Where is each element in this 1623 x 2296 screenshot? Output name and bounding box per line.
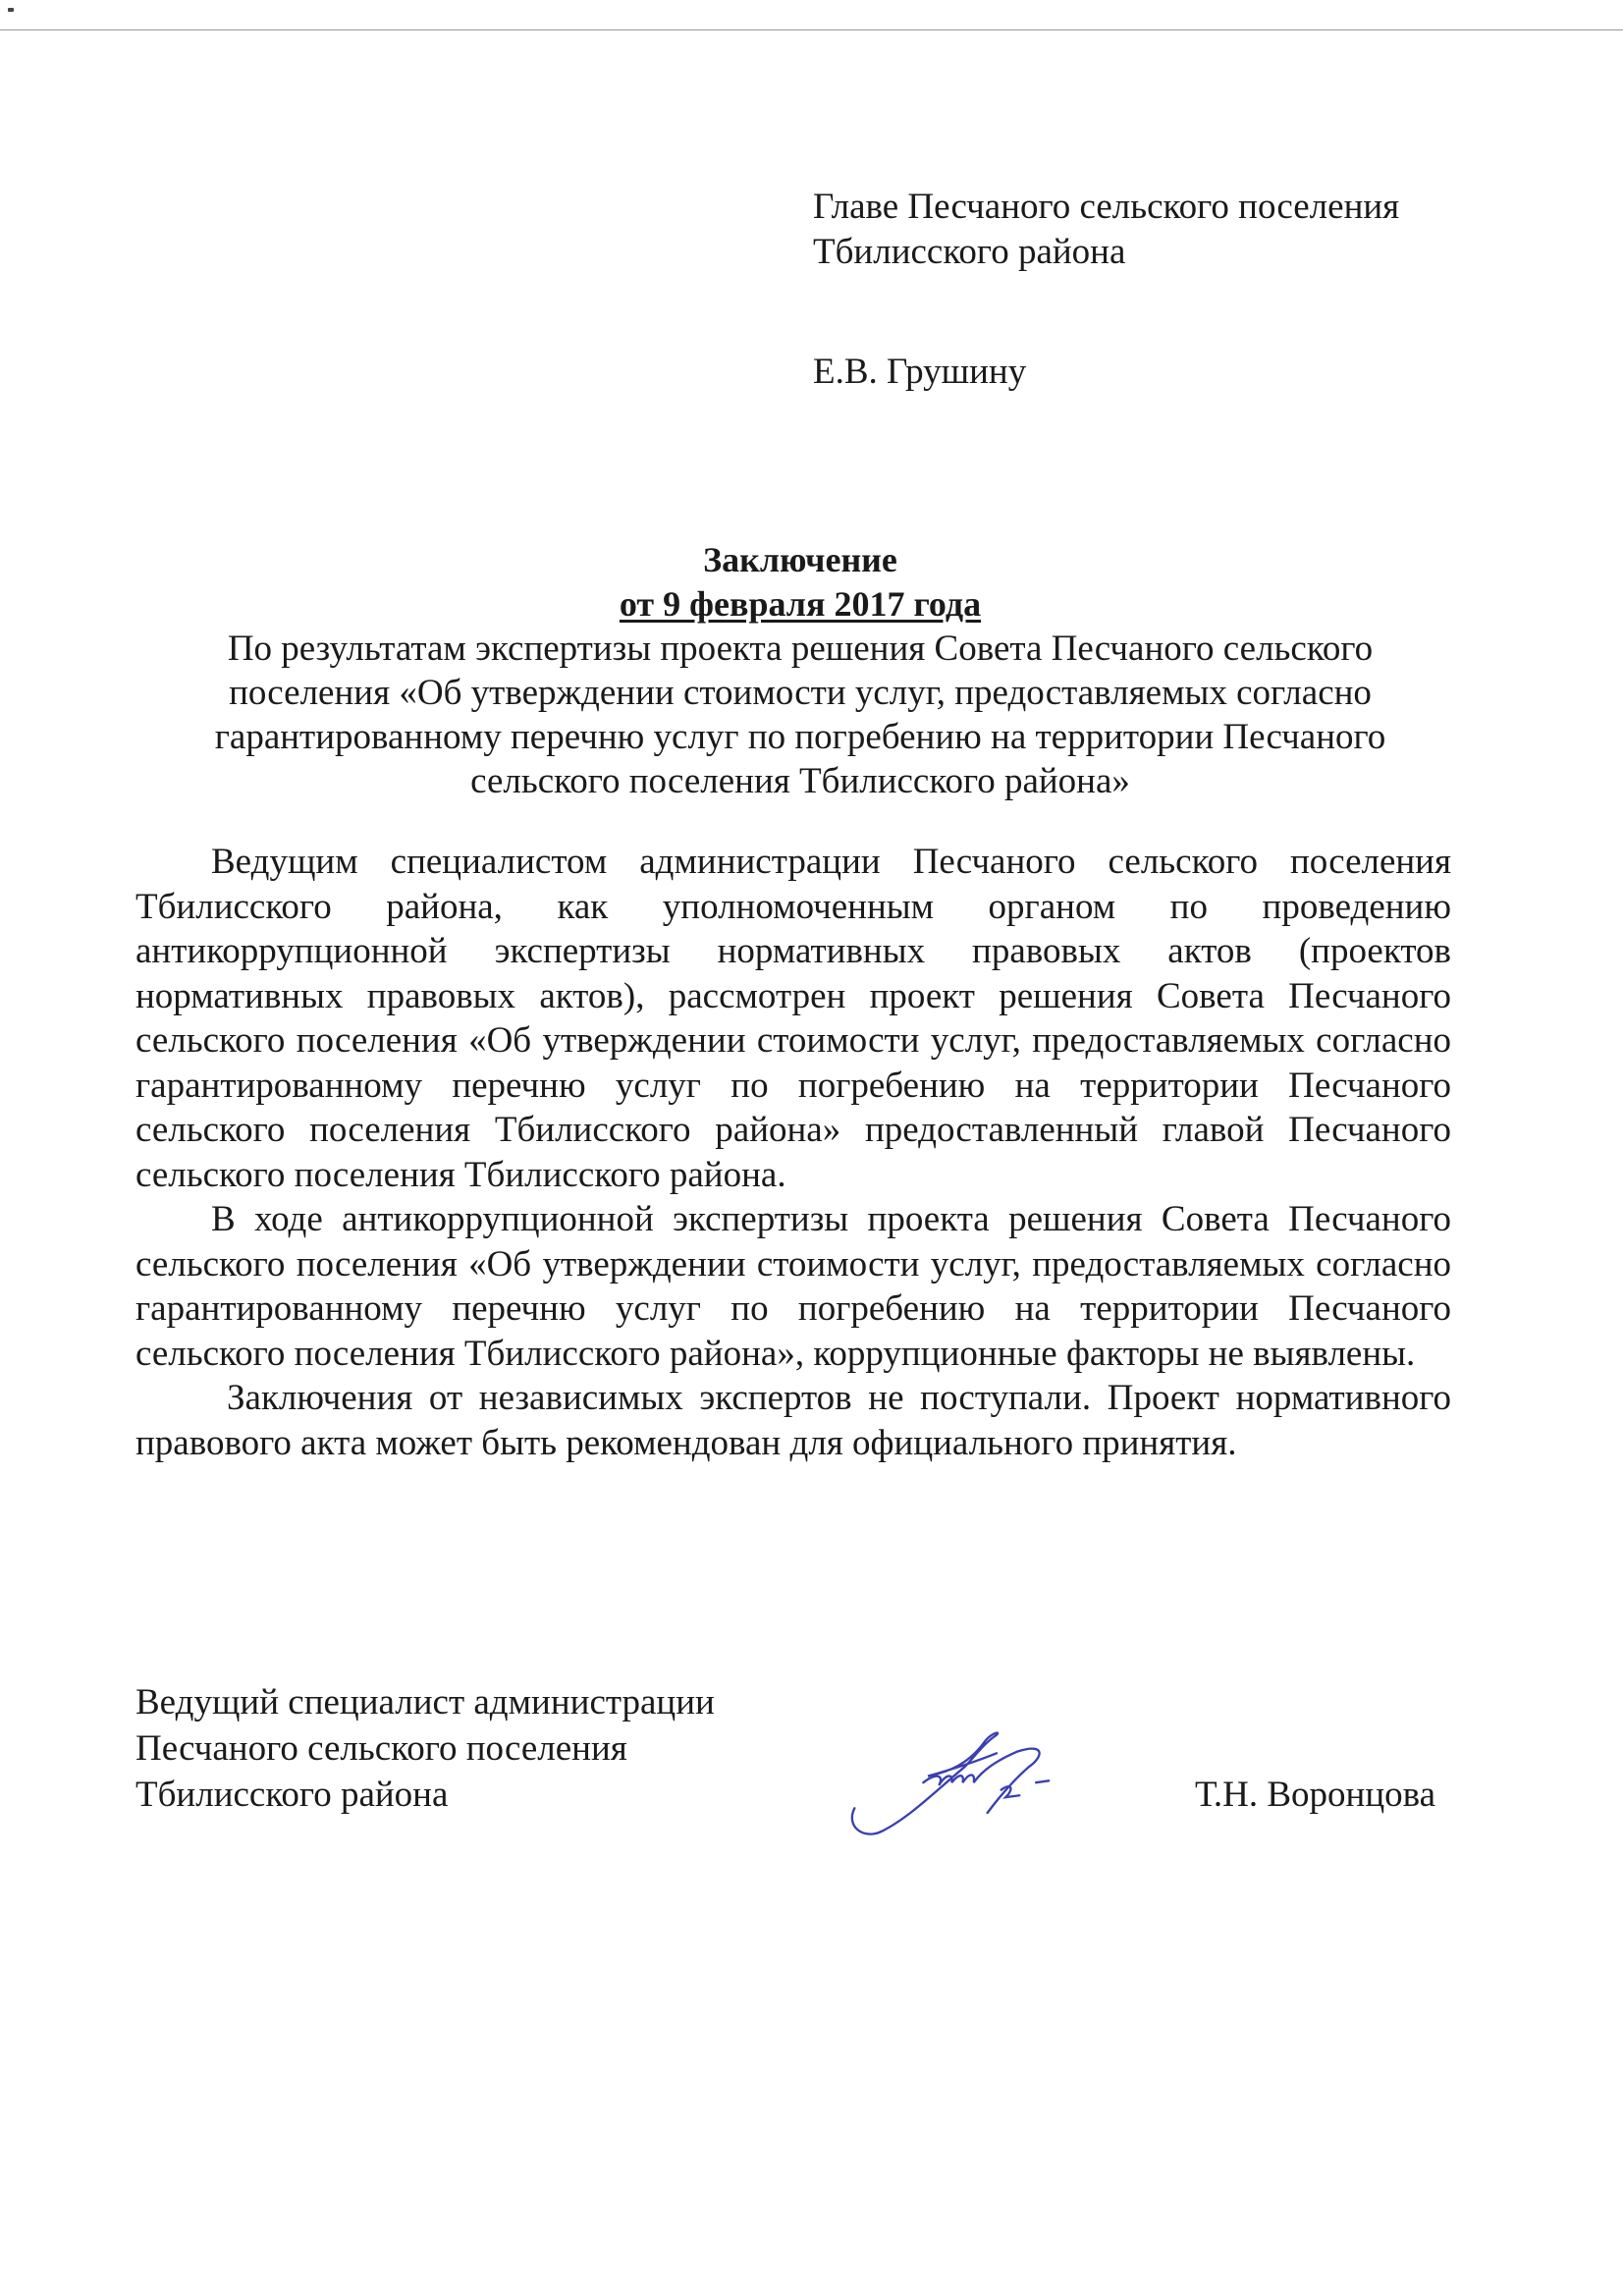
- addressee-name: Е.В. Грушину: [813, 350, 1399, 395]
- scan-edge-line: [0, 29, 1623, 30]
- addressee-line-1: Главе Песчаного сельского поселения: [813, 185, 1399, 230]
- position-line: Ведущий специалист администрации: [135, 1679, 715, 1725]
- body-paragraph: Ведущим специалистом администрации Песча…: [135, 840, 1451, 1197]
- document-body: Ведущим специалистом администрации Песча…: [135, 840, 1451, 1465]
- body-paragraph: В ходе антикоррупционной экспертизы прое…: [135, 1197, 1451, 1376]
- subject-line: По результатам экспертизы проекта решени…: [147, 627, 1453, 671]
- position-line: Песчаного сельского поселения: [135, 1725, 715, 1772]
- addressee-block: Главе Песчаного сельского поселения Тбил…: [813, 185, 1399, 395]
- subject-line: сельского поселения Тбилисского района»: [147, 759, 1453, 803]
- document-date: от 9 февраля 2017 года: [147, 582, 1453, 627]
- document-title-block: Заключение от 9 февраля 2017 года По рез…: [147, 538, 1453, 803]
- signatory-position: Ведущий специалист администрации Песчано…: [135, 1679, 715, 1818]
- subject-line: поселения «Об утверждении стоимости услу…: [147, 671, 1453, 715]
- signatory-name: Т.Н. Воронцова: [1195, 1772, 1435, 1818]
- body-paragraph: Заключения от независимых экспертов не п…: [135, 1376, 1451, 1465]
- scan-artifact-mark: [8, 8, 14, 12]
- position-line: Тбилисского района: [135, 1772, 715, 1818]
- subject-line: гарантированному перечню услуг по погреб…: [147, 715, 1453, 759]
- document-heading: Заключение: [147, 538, 1453, 582]
- addressee-line-2: Тбилисского района: [813, 230, 1399, 275]
- handwritten-signature-icon: [833, 1717, 1078, 1854]
